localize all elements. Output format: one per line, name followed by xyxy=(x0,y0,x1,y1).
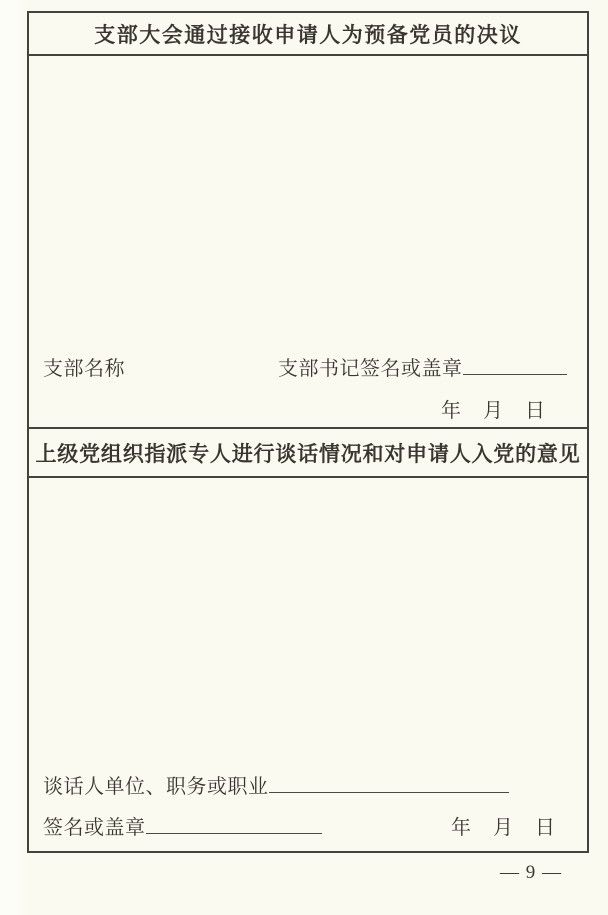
branch-name-label: 支部名称 xyxy=(43,358,125,380)
resolution-date-row: 年 月 日 xyxy=(441,394,545,423)
talk-section: 谈话人单位、职务或职业 签名或盖章 年 月 日 xyxy=(29,478,587,851)
membership-form-table: 支部大会通过接收申请人为预备党员的决议 支部名称 支部书记签名或盖章 年 月 日… xyxy=(27,11,589,853)
interviewer-unit-label: 谈话人单位、职务或职业 xyxy=(43,776,269,798)
signature-seal-line xyxy=(146,813,322,834)
talk-date-row: 年 月 日 xyxy=(451,811,555,840)
year-label: 年 xyxy=(451,811,471,840)
day-label: 日 xyxy=(525,394,545,423)
talk-writing-area xyxy=(29,478,587,758)
talk-section-header: 上级党组织指派专人进行谈话情况和对申请人入党的意见 xyxy=(36,438,581,468)
talk-section-header-row: 上级党组织指派专人进行谈话情况和对申请人入党的意见 xyxy=(29,429,587,478)
secretary-signature-line xyxy=(463,354,567,375)
month-label: 月 xyxy=(483,394,503,423)
resolution-writing-area xyxy=(29,56,587,336)
signature-seal-label: 签名或盖章 xyxy=(43,817,146,839)
interviewer-unit-line xyxy=(269,772,509,793)
day-label: 日 xyxy=(535,811,555,840)
form-title: 支部大会通过接收申请人为预备党员的决议 xyxy=(94,19,522,49)
month-label: 月 xyxy=(493,811,513,840)
scanned-form-page: 支部大会通过接收申请人为预备党员的决议 支部名称 支部书记签名或盖章 年 月 日… xyxy=(0,0,608,915)
resolution-section: 支部名称 支部书记签名或盖章 年 月 日 xyxy=(29,56,587,429)
page-number: — 9 — xyxy=(500,862,562,884)
secretary-signature-label: 支部书记签名或盖章 xyxy=(278,358,463,380)
form-title-row: 支部大会通过接收申请人为预备党员的决议 xyxy=(29,13,587,56)
year-label: 年 xyxy=(441,394,461,423)
